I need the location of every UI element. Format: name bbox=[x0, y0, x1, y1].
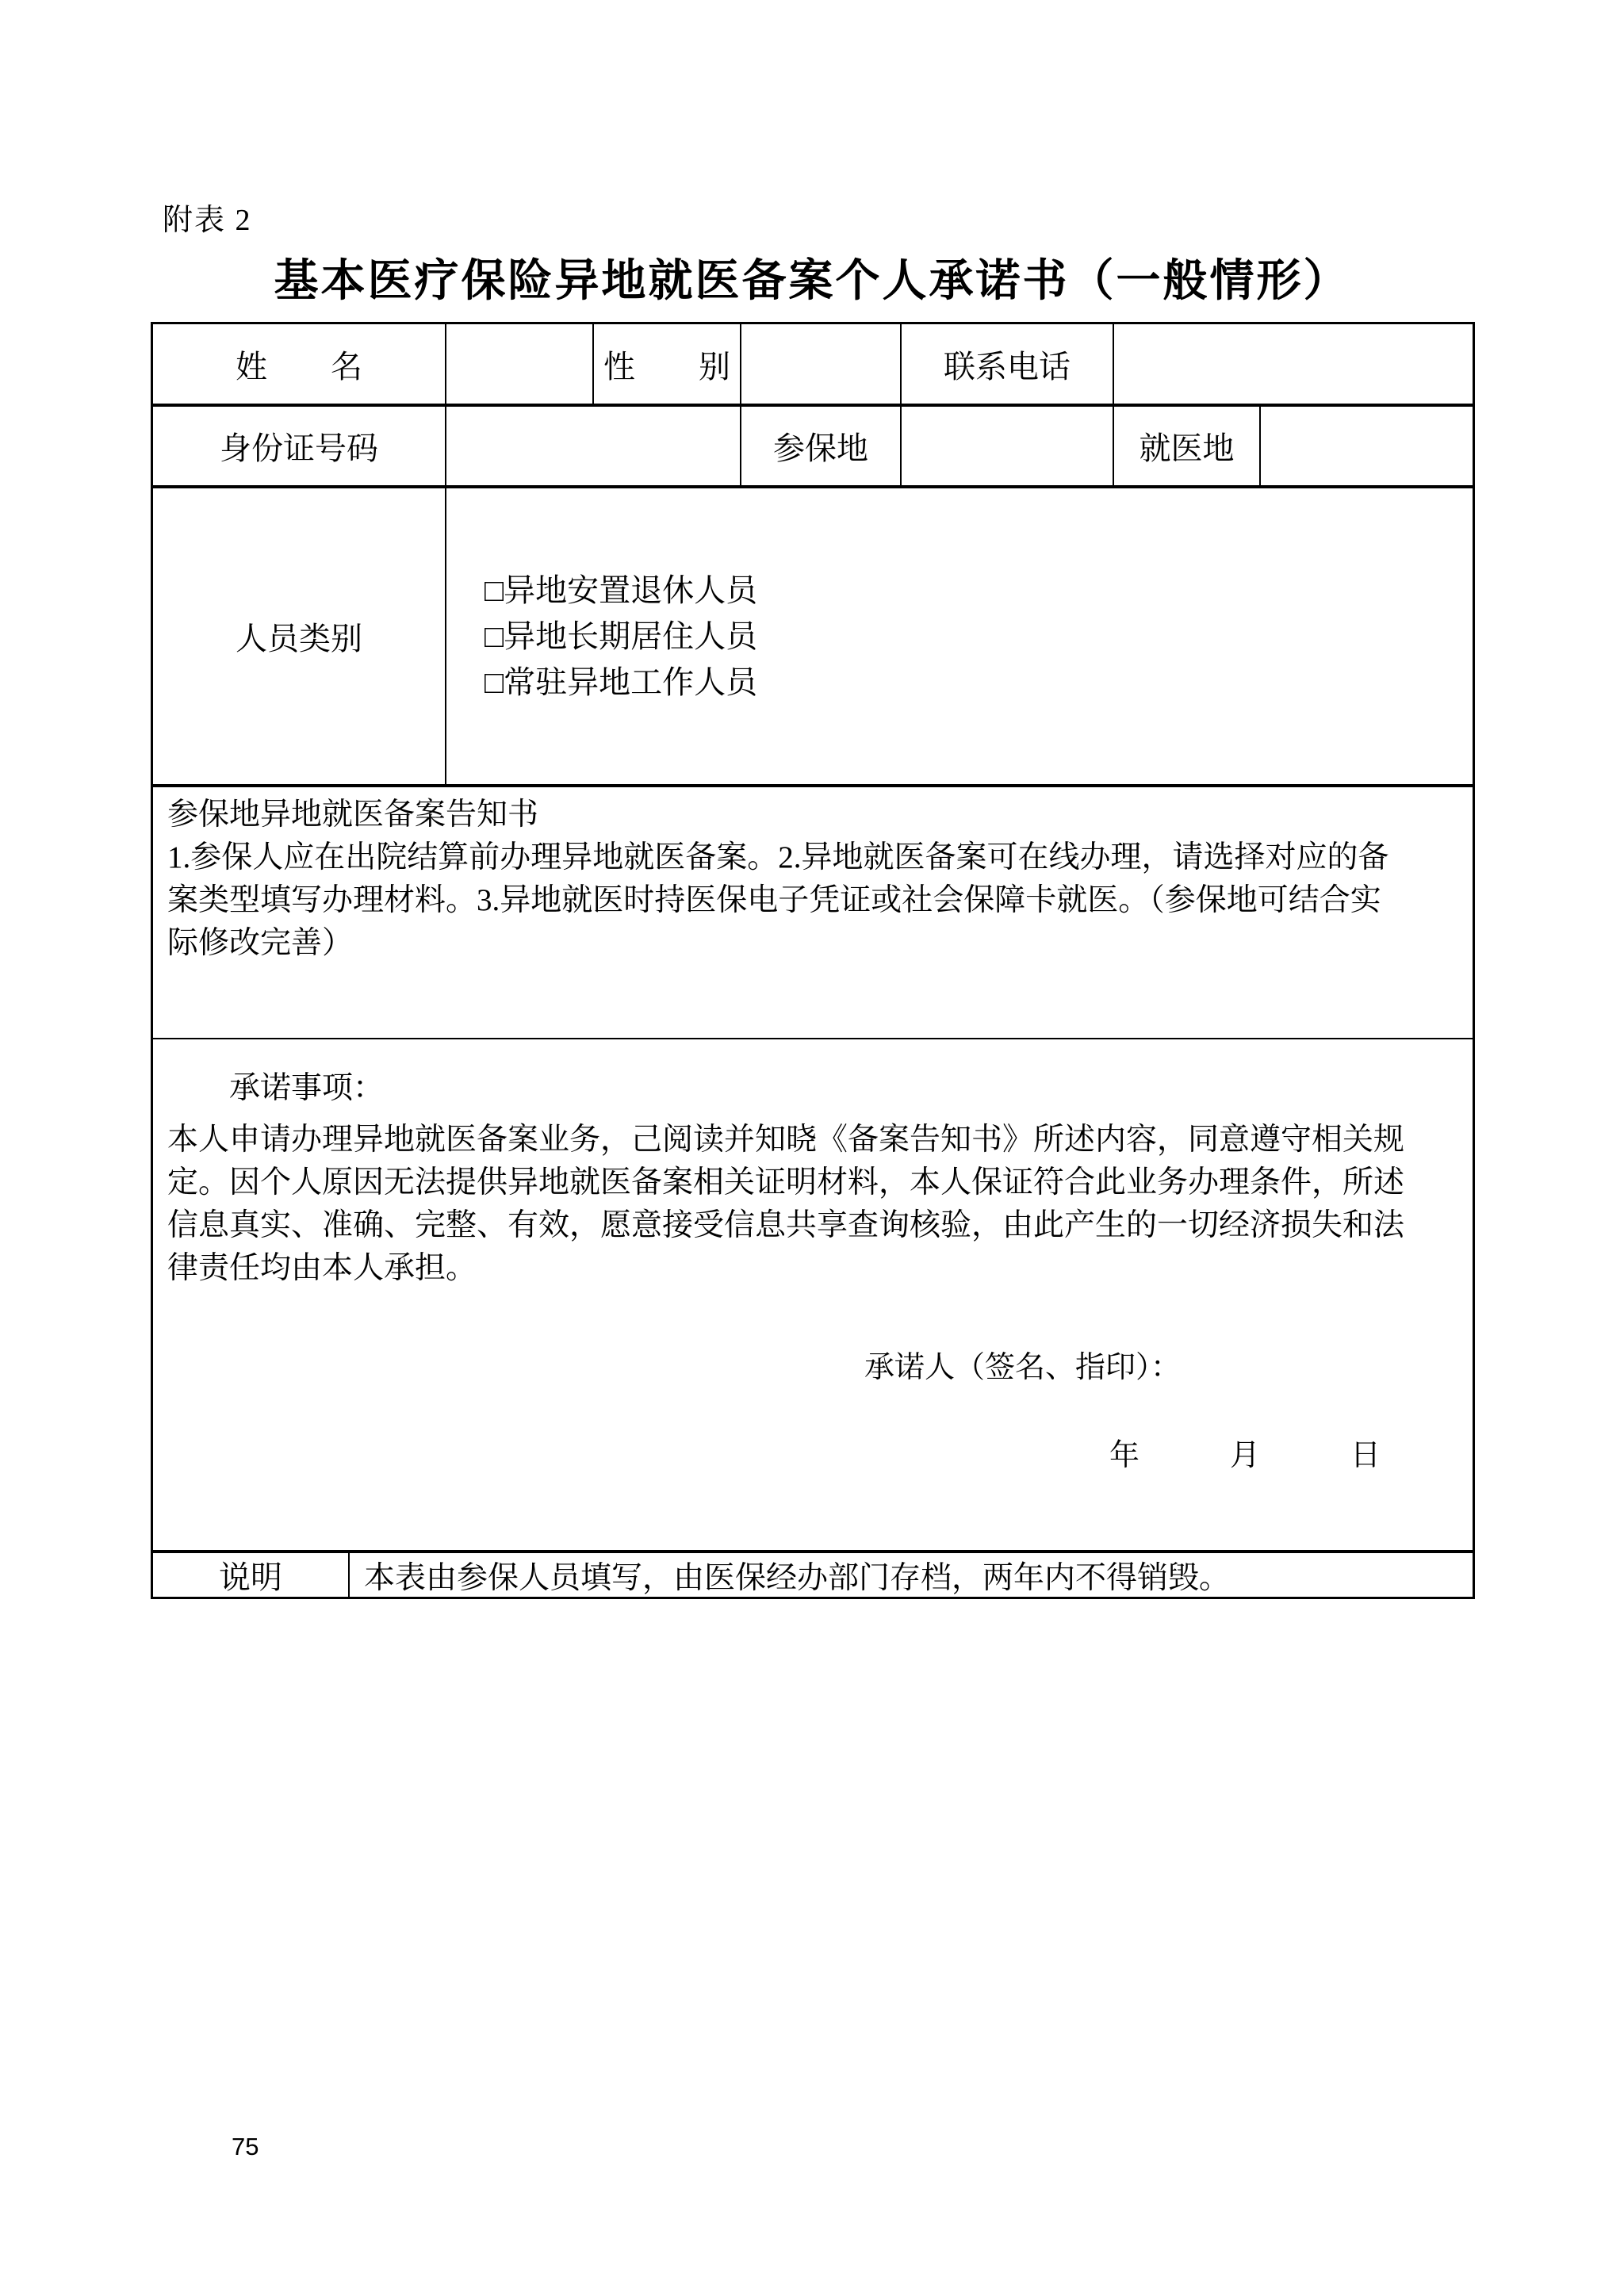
document-page: 附表 2 基本医疗保险异地就医备案个人承诺书（一般情形） 姓 名 性 别 联系电… bbox=[0, 0, 1624, 2296]
phone-label: 联系电话 bbox=[902, 324, 1114, 404]
gender-input-cell[interactable] bbox=[741, 324, 902, 404]
category-option-label: 异地长期居住人员 bbox=[504, 614, 757, 660]
insured-place-label: 参保地 bbox=[741, 407, 902, 485]
category-options-cell: □ 异地安置退休人员 □ 异地长期居住人员 □ 常驻异地工作人员 bbox=[446, 488, 1473, 784]
gender-label: 性 别 bbox=[594, 324, 741, 404]
commitment-body-line: 本人申请办理异地就医备案业务，己阅读并知晓《备案告知书》所述内容，同意遵守相关规 bbox=[167, 1119, 1458, 1161]
category-option-retired[interactable]: □ 异地安置退休人员 bbox=[485, 568, 757, 614]
row-basic-info-2: 身份证号码 参保地 就医地 bbox=[153, 407, 1473, 488]
signature-label[interactable]: 承诺人（签名、指印）： bbox=[167, 1342, 1458, 1386]
category-option-long-term-resident[interactable]: □ 异地长期居住人员 bbox=[485, 614, 757, 660]
notice-title: 参保地异地就医备案告知书 bbox=[167, 794, 1458, 836]
id-number-label: 身份证号码 bbox=[153, 407, 446, 485]
form-table: 姓 名 性 别 联系电话 身份证号码 参保地 就医地 人员类别 □ 异地安 bbox=[151, 322, 1475, 1599]
category-label: 人员类别 bbox=[153, 488, 446, 784]
row-commitment: 承诺事项： 本人申请办理异地就医备案业务，己阅读并知晓《备案告知书》所述内容，同… bbox=[153, 1039, 1473, 1553]
name-label: 姓 名 bbox=[153, 324, 446, 404]
date-line[interactable]: 年 月 日 bbox=[167, 1430, 1458, 1474]
phone-input-cell[interactable] bbox=[1114, 324, 1473, 404]
insured-place-input-cell[interactable] bbox=[902, 407, 1114, 485]
commitment-body: 本人申请办理异地就医备案业务，己阅读并知晓《备案告知书》所述内容，同意遵守相关规… bbox=[167, 1119, 1458, 1290]
checkbox-icon[interactable]: □ bbox=[485, 568, 504, 614]
notice-body-line: 1.参保人应在出院结算前办理异地就医备案。2.异地就医备案可在线办理，请选择对应… bbox=[167, 836, 1458, 879]
annex-label: 附表 2 bbox=[163, 195, 252, 239]
commitment-body-line: 定。因个人原因无法提供异地就医备案相关证明材料，本人保证符合此业务办理条件，所述 bbox=[167, 1161, 1458, 1204]
commitment-heading: 承诺事项： bbox=[167, 1066, 1458, 1111]
checkbox-icon[interactable]: □ bbox=[485, 660, 504, 706]
page-number: 75 bbox=[232, 2133, 259, 2161]
row-remark: 说明 本表由参保人员填写，由医保经办部门存档，两年内不得销毁。 bbox=[153, 1553, 1473, 1597]
treatment-place-label: 就医地 bbox=[1114, 407, 1261, 485]
checkbox-icon[interactable]: □ bbox=[485, 614, 504, 660]
row-basic-info-1: 姓 名 性 别 联系电话 bbox=[153, 324, 1473, 407]
commitment-body-line: 信息真实、准确、完整、有效，愿意接受信息共享查询核验，由此产生的一切经济损失和法 bbox=[167, 1204, 1458, 1247]
remark-text: 本表由参保人员填写，由医保经办部门存档，两年内不得销毁。 bbox=[350, 1553, 1473, 1597]
treatment-place-input-cell[interactable] bbox=[1261, 407, 1473, 485]
remark-label: 说明 bbox=[153, 1553, 350, 1597]
name-input-cell[interactable] bbox=[446, 324, 594, 404]
notice-body-line: 际修改完善） bbox=[167, 922, 1458, 965]
category-option-label: 常驻异地工作人员 bbox=[504, 660, 757, 706]
row-personnel-category: 人员类别 □ 异地安置退休人员 □ 异地长期居住人员 □ 常驻异地工作人员 bbox=[153, 488, 1473, 787]
category-option-stationed-worker[interactable]: □ 常驻异地工作人员 bbox=[485, 660, 757, 706]
category-options-list: □ 异地安置退休人员 □ 异地长期居住人员 □ 常驻异地工作人员 bbox=[485, 568, 757, 706]
category-option-label: 异地安置退休人员 bbox=[504, 568, 757, 614]
notice-body-line: 案类型填写办理材料。3.异地就医时持医保电子凭证或社会保障卡就医。（参保地可结合… bbox=[167, 879, 1458, 922]
form-title: 基本医疗保险异地就医备案个人承诺书（一般情形） bbox=[0, 246, 1624, 309]
row-notice: 参保地异地就医备案告知书 1.参保人应在出院结算前办理异地就医备案。2.异地就医… bbox=[153, 787, 1473, 1039]
id-number-input-cell[interactable] bbox=[446, 407, 741, 485]
commitment-body-line: 律责任均由本人承担。 bbox=[167, 1247, 1458, 1290]
